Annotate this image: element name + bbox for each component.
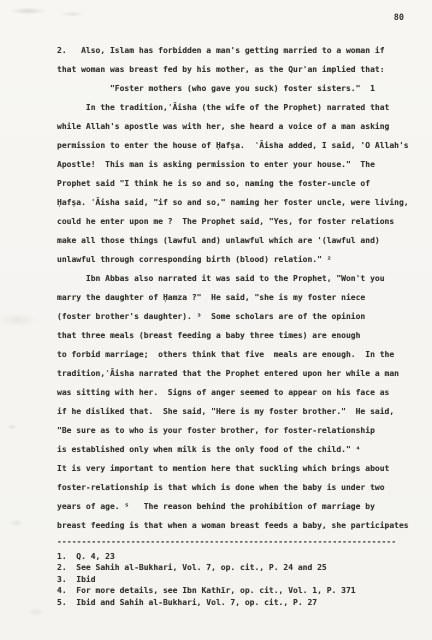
body-text-line: is established only when milk is the onl… [57, 440, 417, 459]
body-text-line: could he enter upon me ? The Prophet sai… [57, 212, 417, 231]
body-text-line: while Allah's apostle was with her, she … [57, 117, 417, 136]
body-text-line: that three meals (breast feeding a baby … [57, 326, 417, 345]
document-page: 80 2. Also, Islam has forbidden a man's … [0, 0, 432, 640]
body-text-line: that woman was breast fed by his mother,… [57, 60, 417, 79]
body-text-line: breast feeding is that when a woman brea… [57, 516, 417, 535]
body-text-line: permission to enter the house of Ḥafṣa. … [57, 136, 417, 155]
body-text-line: Apostle! This man is asking permission t… [57, 155, 417, 174]
body-text-line: make all those things (lawful and) unlaw… [57, 231, 417, 250]
body-text-line: years of age. ⁵ The reason behind the pr… [57, 497, 417, 516]
body-text-line: foster-relationship is that which is don… [57, 478, 417, 497]
footnote-line: 4. For more details, see Ibn Kathīr, op.… [57, 585, 417, 596]
footnote-separator: ----------------------------------------… [57, 536, 417, 548]
body-text-line: (foster brother's daughter). ³ Some scho… [57, 307, 417, 326]
footnote-line: 2. See Sahih al-Bukhari, Vol. 7, op. cit… [57, 562, 417, 573]
body-text-line: unlawful through corresponding birth (bl… [57, 250, 417, 269]
footnotes: 1. Q. 4, 232. See Sahih al-Bukhari, Vol.… [57, 551, 417, 608]
body-text-line: It is very important to mention here tha… [57, 459, 417, 478]
body-text: 2. Also, Islam has forbidden a man's get… [57, 41, 417, 535]
body-text-line: Ḥafṣa. ʿĀisha said, "if so and so," nami… [57, 193, 417, 212]
text-block: 2. Also, Islam has forbidden a man's get… [57, 41, 417, 608]
body-text-line: Prophet said "I think he is so and so, n… [57, 174, 417, 193]
footnote-line: 5. Ibid and Sahih al-Bukhari, Vol. 7, op… [57, 597, 417, 608]
footnote-line: 1. Q. 4, 23 [57, 551, 417, 562]
body-text-line: to forbid marriage; others think that fi… [57, 345, 417, 364]
page-number: 80 [394, 13, 404, 23]
body-text-line: "Be sure as to who is your foster brothe… [57, 421, 417, 440]
body-text-line: Ibn Abbas also narrated it was said to t… [57, 269, 417, 288]
body-text-line: 2. Also, Islam has forbidden a man's get… [57, 41, 417, 60]
body-text-line: marry the daughter of Ḥamza ?" He said, … [57, 288, 417, 307]
body-text-line: "Foster mothers (who gave you suck) fost… [57, 79, 417, 98]
footnote-line: 3. Ibid [57, 574, 417, 585]
body-text-line: was sitting with her. Signs of anger see… [57, 383, 417, 402]
body-text-line: In the tradition,ʿĀisha (the wife of the… [57, 98, 417, 117]
body-text-line: tradition,ʿĀisha narrated that the Proph… [57, 364, 417, 383]
body-text-line: if he disliked that. She said, "Here is … [57, 402, 417, 421]
